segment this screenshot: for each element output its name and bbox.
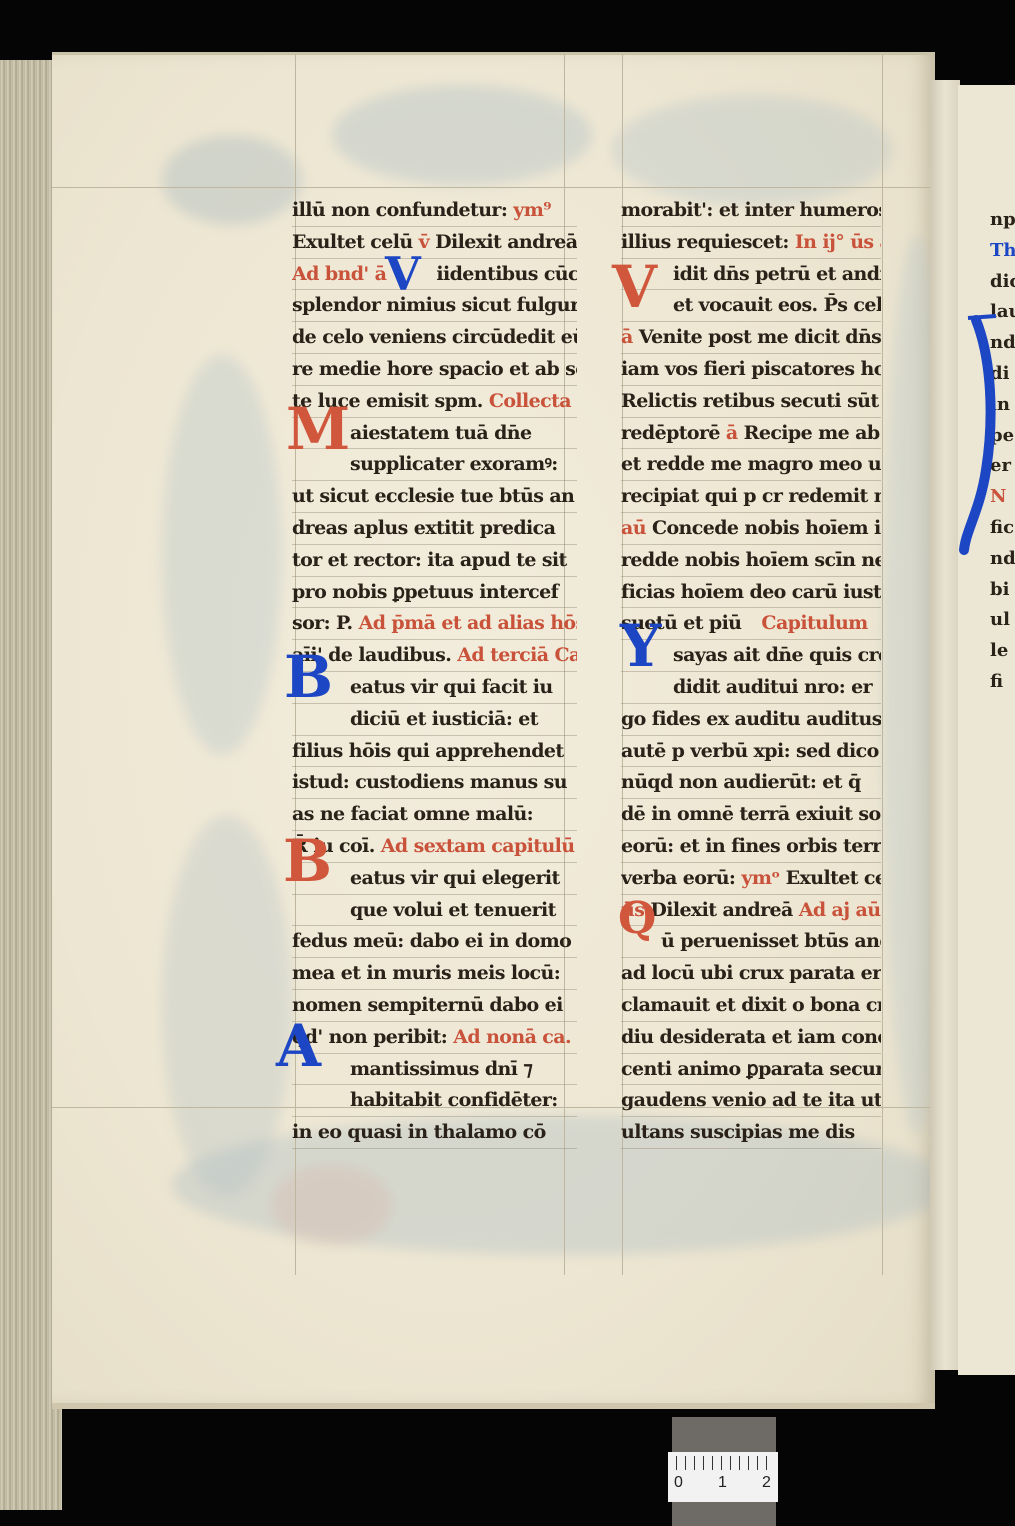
initial-m-red: M (286, 400, 350, 458)
floral-ornament (162, 355, 282, 755)
text-line: sor: P. Ad p̄mā et ad alias hōs (292, 608, 577, 640)
text-line: in eo quasi in thalamo cō (292, 1117, 577, 1149)
initial-b-blue: B (284, 648, 333, 706)
text-line: nūqd non audierūt: et q̄ (621, 767, 881, 799)
text-line: ficias hoīem deo carū iustū mā (621, 577, 881, 609)
text-line: redde nobis hoīem scīn ne inter (621, 545, 881, 577)
text-line: iam vos fieri piscatores hoīm ā (621, 354, 881, 386)
text-line: ū peruenisset btūs andreas (621, 926, 881, 958)
text-line: diciū et iusticiā: et (292, 704, 577, 736)
text-line: de celo veniens circūdedit eū fe (292, 322, 577, 354)
scale-ruler: 0 1 2 (668, 1452, 778, 1502)
text-column-left: illū non confundetur: ym⁹ Exultet celū v… (292, 195, 577, 1149)
text-line: eatus vir qui elegerit (292, 863, 577, 895)
text-line: gaudens venio ad te ita ut ex (621, 1085, 881, 1117)
text-line: mea et in muris meis locū: (292, 958, 577, 990)
text-line: istud: custodiens manus su (292, 767, 577, 799)
text-line: as ne faciat omne malū: (292, 799, 577, 831)
text-line: illū non confundetur: ym⁹ (292, 195, 577, 227)
text-line: pro nobis ꝑpetuus intercef (292, 577, 577, 609)
text-line: autē p verbū xpi: sed dico (621, 736, 881, 768)
text-line: fi (990, 667, 1015, 698)
text-line: splendor nimius sicut fulgur (292, 290, 577, 322)
text-line: et vocauit eos. P̄s celi aplis (621, 290, 881, 322)
text-line: que volui et tenuerit (292, 895, 577, 927)
text-line: dic (990, 267, 1015, 298)
text-line: ad locū ubi crux parata erat ex (621, 958, 881, 990)
text-line: bi (990, 575, 1015, 606)
ruler-label: 0 (674, 1474, 683, 1492)
text-line: Exultet celū v̄ Dilexit andreā (292, 227, 577, 259)
text-line: redēptorē ā Recipe me ab hoībus (621, 418, 881, 450)
text-line: qd' non peribit: Ad nonā ca. (292, 1022, 577, 1054)
text-line: filius hōis qui apprehendet (292, 736, 577, 768)
text-line: clamauit et dixit o bona crux (621, 990, 881, 1022)
text-line: ul (990, 605, 1015, 636)
text-line: mantissimus dnī ⁊ (292, 1054, 577, 1086)
text-line: ūs Dilexit andreā Ad aj aū (621, 895, 881, 927)
text-line: aū Concede nobis hoīem iustū (621, 513, 881, 545)
ruler-label: 2 (762, 1474, 771, 1492)
floral-ornament (162, 135, 302, 225)
text-line: et redde me magro meo ut p̄r me (621, 449, 881, 481)
text-line: ultans suscipias me dis (621, 1117, 881, 1149)
initial-b-red: B (283, 832, 332, 890)
text-line: morabit': et inter humeros (621, 195, 881, 227)
text-line: eatus vir qui facit iu (292, 672, 577, 704)
ruler-label: 1 (718, 1474, 727, 1492)
text-line: recipiat qui p cr redemit me alla (621, 481, 881, 513)
text-line: Th (990, 236, 1015, 267)
text-line: re medie hore spacio et ab scēd (292, 354, 577, 386)
text-line: Relictis retibus secuti sūt dn̄m (621, 386, 881, 418)
text-line: centi animo ꝑparata securus et (621, 1054, 881, 1086)
initial-v-blue: V (385, 245, 421, 303)
initial-a-blue: A (276, 1017, 321, 1075)
ruling-line (882, 55, 883, 1275)
floral-ornament (272, 1165, 392, 1245)
text-line: nomen sempiternū dabo ei (292, 990, 577, 1022)
text-line: illius requiescet: In ij° ūs ā (621, 227, 881, 259)
text-line: diu desiderata et iam concupis (621, 1022, 881, 1054)
text-line: idit dn̄s petrū et andreā (621, 259, 881, 291)
text-line: habitabit confidēter: (292, 1085, 577, 1117)
initial-v-red: V (612, 258, 657, 316)
text-line: tor et rector: ita apud te sit (292, 545, 577, 577)
floral-ornament (332, 85, 592, 185)
text-line: ā Venite post me dicit dn̄s fac (621, 322, 881, 354)
initial-y-blue: Y (620, 617, 661, 675)
text-line: fedus meū: dabo ei in domo (292, 926, 577, 958)
text-line: dē in omnē terrā exiuit sonꝰ (621, 799, 881, 831)
text-line: eorū: et in fines orbis terre (621, 831, 881, 863)
book-gutter (930, 80, 960, 1370)
text-line: ut sicut ecclesie tue btūs an (292, 481, 577, 513)
text-line: Ad bnd' ā iidentibus cūctis (292, 259, 577, 291)
text-line: verba eorū: ymᵒ Exultet celū (621, 863, 881, 895)
ruler-ticks (676, 1456, 770, 1470)
text-line: dreas aplus extitit predica (292, 513, 577, 545)
text-line: R̄ iu coī. Ad sextam capitulū (292, 831, 577, 863)
text-line: aīi' de laudibus. Ad terciā Cap (292, 640, 577, 672)
text-line: le (990, 636, 1015, 667)
text-line: np (990, 205, 1015, 236)
floral-ornament (612, 95, 892, 205)
text-line: go fides ex auditu auditus (621, 704, 881, 736)
initial-i-blue-facing (958, 300, 998, 560)
initial-q-red: Q (618, 890, 656, 948)
ruling-line (52, 187, 932, 188)
